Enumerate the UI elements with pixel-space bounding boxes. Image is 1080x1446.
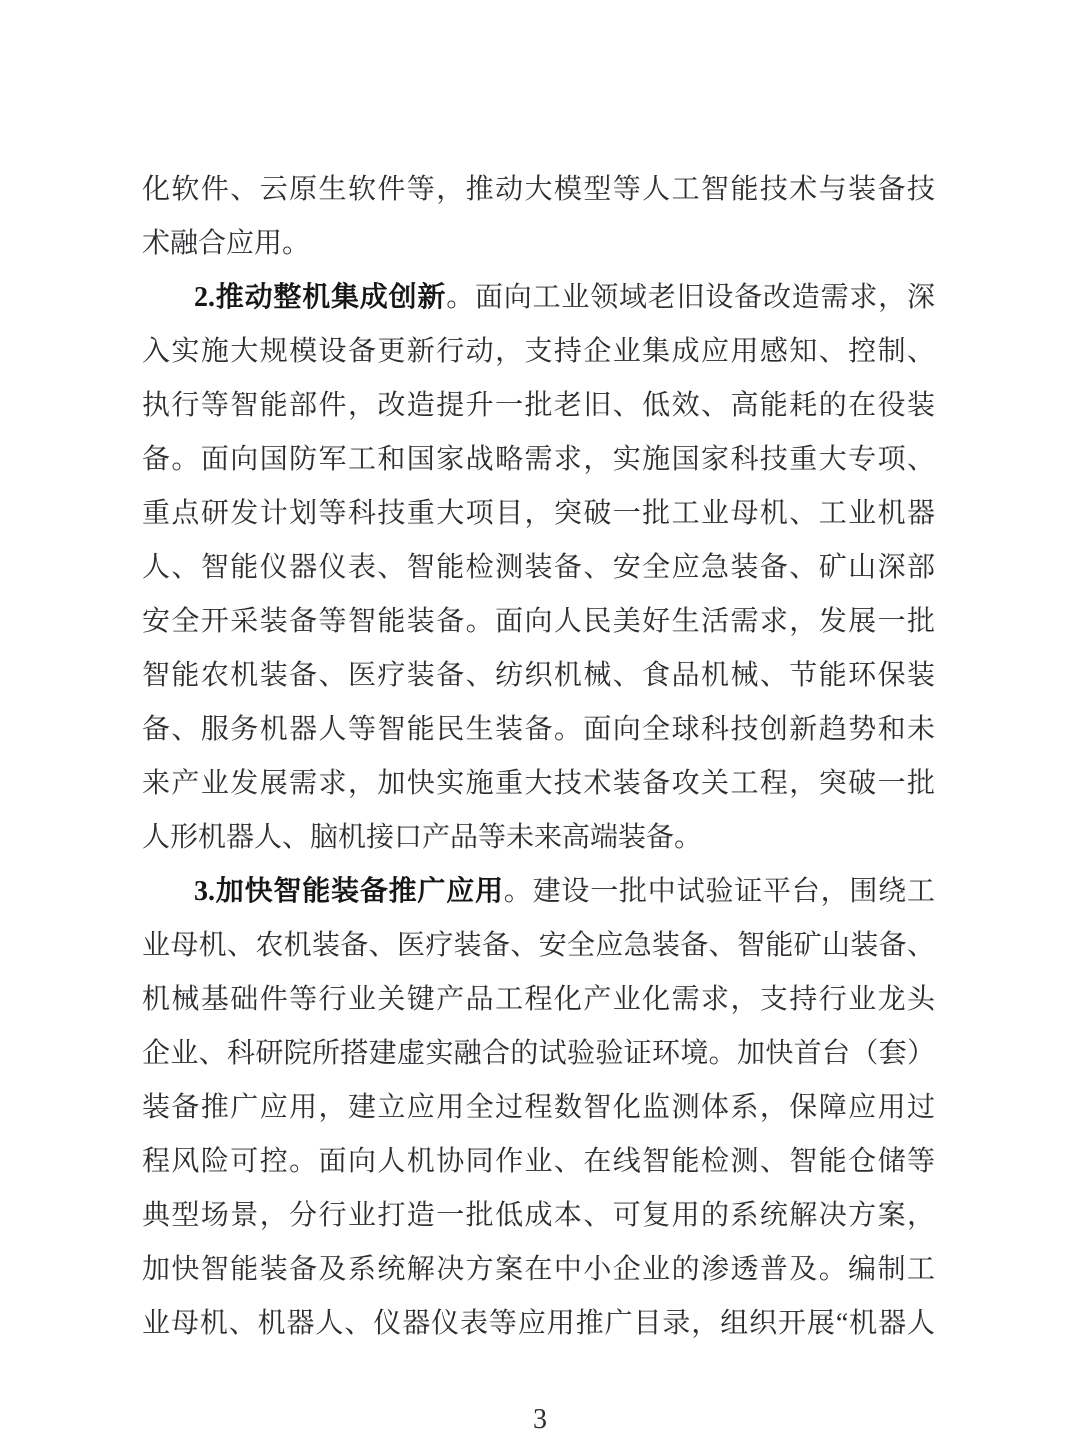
text-line: 业母机、机器人、仪器仪表等应用推广目录，组织开展“机器人 [142,1297,935,1351]
text-line: 人、智能仪器仪表、智能检测装备、安全应急装备、矿山深部 [142,541,935,595]
text-line: 程风险可控。面向人机协同作业、在线智能检测、智能仓储等 [142,1135,935,1189]
text-run: 企业、科研院所搭建虚实融合的试验验证环境。加快首台（套） [142,1038,935,1069]
text-run: 术融合应用。 [142,228,310,259]
paragraph-start-line: 3.加快智能装备推广应用。建设一批中试验证平台，围绕工 [142,865,935,919]
text-run: 智能农机装备、医疗装备、纺织机械、食品机械、节能环保装 [142,660,935,691]
text-line: 人形机器人、脑机接口产品等未来高端装备。 [142,811,935,865]
text-run: 业母机、机器人、仪器仪表等应用推广目录，组织开展“机器人 [142,1308,935,1339]
text-line: 企业、科研院所搭建虚实融合的试验验证环境。加快首台（套） [142,1027,935,1081]
section-heading-run: 3.加快智能装备推广应用 [194,876,504,907]
text-run: 备。面向国防军工和国家战略需求，实施国家科技重大专项、 [142,444,935,475]
section-heading-run: 2.推动整机集成创新 [194,282,446,313]
text-line: 智能农机装备、医疗装备、纺织机械、食品机械、节能环保装 [142,649,935,703]
document-page: 化软件、云原生软件等，推动大模型等人工智能技术与装备技术融合应用。2.推动整机集… [0,0,1080,1446]
text-run: 来产业发展需求，加快实施重大技术装备攻关工程，突破一批 [142,768,935,799]
text-run: 。面向工业领域老旧设备改造需求，深 [446,282,935,313]
text-run: 安全开采装备等智能装备。面向人民美好生活需求，发展一批 [142,606,935,637]
text-run: 人形机器人、脑机接口产品等未来高端装备。 [142,822,702,853]
text-run: 备、服务机器人等智能民生装备。面向全球科技创新趋势和未 [142,714,935,745]
document-text-block: 化软件、云原生软件等，推动大模型等人工智能技术与装备技术融合应用。2.推动整机集… [142,163,935,1351]
text-run: 化软件、云原生软件等，推动大模型等人工智能技术与装备技 [142,174,935,205]
paragraph-start-line: 2.推动整机集成创新。面向工业领域老旧设备改造需求，深 [142,271,935,325]
text-run: 典型场景，分行业打造一批低成本、可复用的系统解决方案， [142,1200,935,1231]
text-run: 入实施大规模设备更新行动，支持企业集成应用感知、控制、 [142,336,935,367]
text-line: 来产业发展需求，加快实施重大技术装备攻关工程，突破一批 [142,757,935,811]
text-run: 业母机、农机装备、医疗装备、安全应急装备、智能矿山装备、 [142,930,935,961]
text-run: 。建设一批中试验证平台，围绕工 [504,876,935,907]
text-line: 入实施大规模设备更新行动，支持企业集成应用感知、控制、 [142,325,935,379]
text-line: 重点研发计划等科技重大项目，突破一批工业母机、工业机器 [142,487,935,541]
text-line: 业母机、农机装备、医疗装备、安全应急装备、智能矿山装备、 [142,919,935,973]
text-run: 机械基础件等行业关键产品工程化产业化需求，支持行业龙头 [142,984,935,1015]
text-run: 人、智能仪器仪表、智能检测装备、安全应急装备、矿山深部 [142,552,935,583]
text-line: 安全开采装备等智能装备。面向人民美好生活需求，发展一批 [142,595,935,649]
text-line: 化软件、云原生软件等，推动大模型等人工智能技术与装备技 [142,163,935,217]
text-line: 备。面向国防军工和国家战略需求，实施国家科技重大专项、 [142,433,935,487]
text-line: 典型场景，分行业打造一批低成本、可复用的系统解决方案， [142,1189,935,1243]
text-run: 执行等智能部件，改造提升一批老旧、低效、高能耗的在役装 [142,390,935,421]
text-line: 执行等智能部件，改造提升一批老旧、低效、高能耗的在役装 [142,379,935,433]
page-number: 3 [0,1404,1080,1436]
text-run: 重点研发计划等科技重大项目，突破一批工业母机、工业机器 [142,498,935,529]
text-run: 程风险可控。面向人机协同作业、在线智能检测、智能仓储等 [142,1146,935,1177]
text-line: 机械基础件等行业关键产品工程化产业化需求，支持行业龙头 [142,973,935,1027]
text-line: 装备推广应用，建立应用全过程数智化监测体系，保障应用过 [142,1081,935,1135]
text-line: 术融合应用。 [142,217,935,271]
text-run: 装备推广应用，建立应用全过程数智化监测体系，保障应用过 [142,1092,935,1123]
text-run: 加快智能装备及系统解决方案在中小企业的渗透普及。编制工 [142,1254,935,1285]
text-line: 加快智能装备及系统解决方案在中小企业的渗透普及。编制工 [142,1243,935,1297]
text-line: 备、服务机器人等智能民生装备。面向全球科技创新趋势和未 [142,703,935,757]
